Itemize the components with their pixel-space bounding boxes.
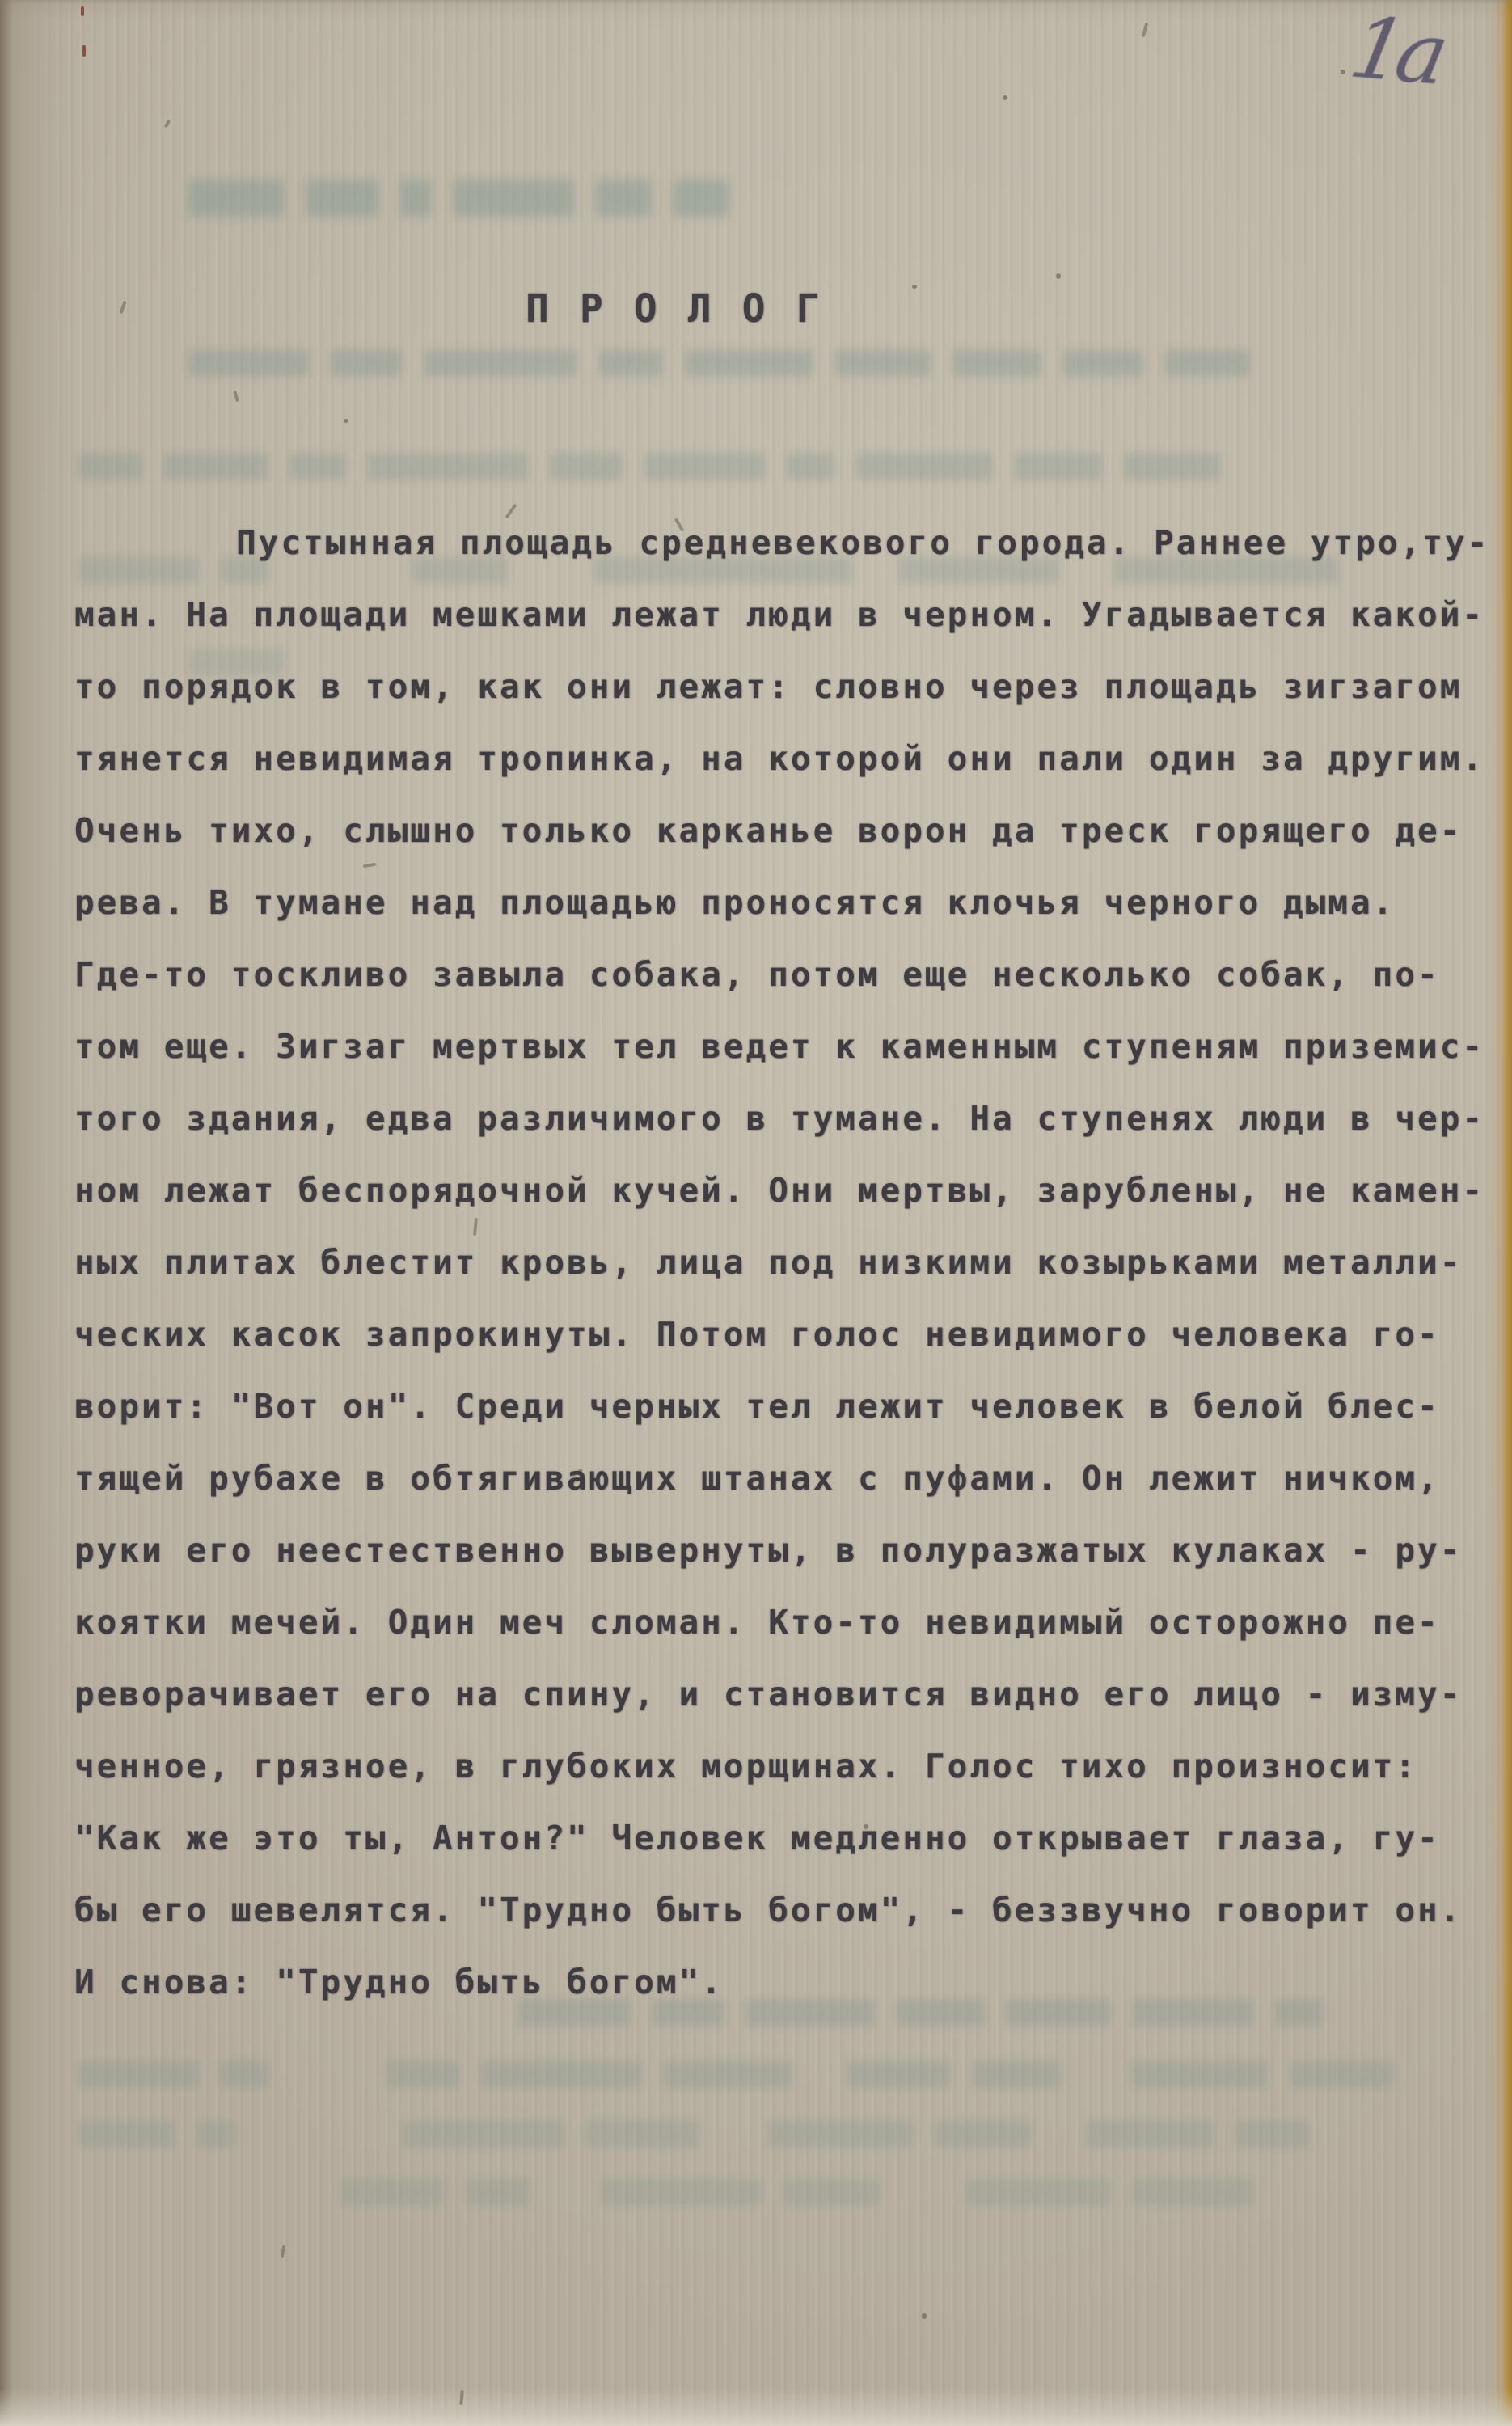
typed-line: руки его неестественно вывернуты, в полу…: [74, 1515, 1512, 1587]
typed-line: ченное, грязное, в глубоких морщинах. Го…: [74, 1731, 1512, 1803]
typed-line: тянется невидимая тропинка, на которой о…: [74, 723, 1512, 795]
bleed-through-row: [78, 2060, 1394, 2088]
typed-line: Пустынная площадь средневекового города.…: [74, 507, 1512, 579]
typed-line: того здания, едва различимого в тумане. …: [74, 1083, 1512, 1155]
typed-line: ных плитах блестит кровь, лица под низки…: [74, 1227, 1512, 1299]
typed-line: ман. На площади мешками лежат люди в чер…: [74, 579, 1512, 651]
typed-line: тящей рубахе в обтягивающих штанах с пуф…: [74, 1443, 1512, 1515]
typed-line: Очень тихо, слышно только карканье ворон…: [74, 795, 1512, 867]
typed-line: ческих касок запрокинуты. Потом голос не…: [74, 1299, 1512, 1371]
typed-line: ном лежат беспорядочной кучей. Они мертв…: [74, 1155, 1512, 1227]
bleed-through-row: [78, 2120, 1308, 2148]
scanned-page: { "document": { "title": "ПРОЛОГ", "line…: [0, 0, 1512, 2426]
typed-line: реворачивает его на спину, и становится …: [74, 1659, 1512, 1731]
typed-line: бы его шевелятся. "Трудно быть богом", -…: [74, 1874, 1512, 1946]
bleed-through-row: [340, 2179, 1253, 2206]
typed-line: рева. В тумане над площадью проносятся к…: [74, 867, 1512, 939]
handwritten-page-number: 1а: [1343, 0, 1449, 104]
typed-line: том еще. Зигзаг мертвых тел ведет к каме…: [74, 1011, 1512, 1083]
typed-line: ворит: "Вот он". Среди черных тел лежит …: [74, 1371, 1512, 1443]
typed-line: Где-то тоскливо завыла собака, потом еще…: [74, 939, 1512, 1011]
typed-line: коятки мечей. Один меч сломан. Кто-то не…: [74, 1587, 1512, 1659]
typed-line: то порядок в том, как они лежат: словно …: [74, 651, 1512, 723]
typed-text-block: Пустынная площадь средневекового города.…: [74, 507, 1512, 2018]
bleed-through-row: [78, 453, 1221, 480]
page-title: ПРОЛОГ: [526, 285, 850, 333]
typed-line: И снова: "Трудно быть богом".: [74, 1946, 1512, 2018]
typed-line: "Как же это ты, Антон?" Человек медленно…: [74, 1803, 1512, 1874]
bleed-through-row: [188, 349, 1250, 377]
bleed-through-heading: [188, 180, 729, 217]
